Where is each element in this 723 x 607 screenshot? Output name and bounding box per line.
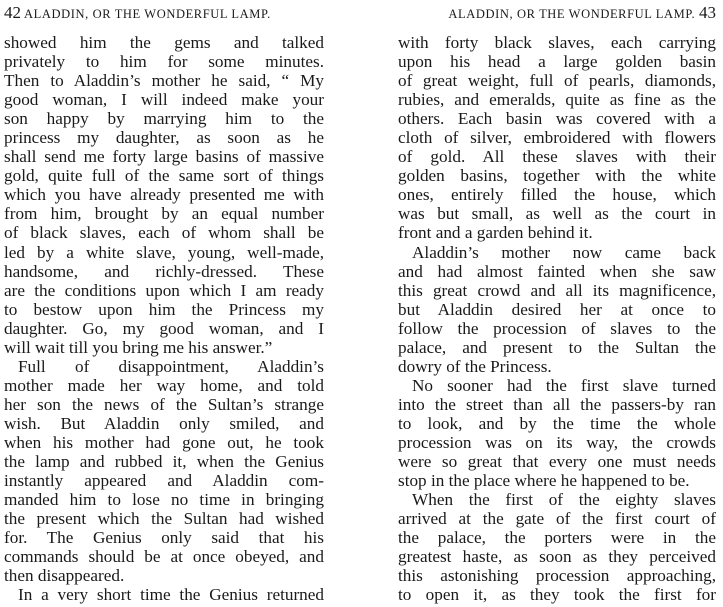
right-body-text: with forty black slaves, each carryingup… xyxy=(398,33,716,604)
text-line: then disappeared. xyxy=(4,566,324,585)
text-line: Aladdin’s mother now came back xyxy=(398,243,716,262)
text-line: manded him to lose no time in bringing xyxy=(4,490,324,509)
text-line: this astonishing procession approaching, xyxy=(398,566,716,585)
text-line: instantly appeared and Aladdin com- xyxy=(4,471,324,490)
right-page-number: 43 xyxy=(699,3,716,22)
text-line: Full of disappointment, Aladdin’s xyxy=(4,357,324,376)
text-line: commands should be at once obeyed, and xyxy=(4,547,324,566)
text-line: shall send me forty large basins of mass… xyxy=(4,147,324,166)
right-running-head: ALADDIN, OR THE WONDERFUL LAMP. 43 xyxy=(398,3,716,21)
text-line: to bestow upon him the Princess my xyxy=(4,300,324,319)
text-line: others. Each basin was covered with a xyxy=(398,109,716,128)
text-line: front and a garden behind it. xyxy=(398,223,716,242)
text-line: handsome, and richly-dressed. These xyxy=(4,262,324,281)
text-line: follow the procession of slaves to the xyxy=(398,319,716,338)
text-line: No sooner had the first slave turned xyxy=(398,376,716,395)
text-line: when his mother had gone out, he took xyxy=(4,433,324,452)
right-running-head-title: ALADDIN, OR THE WONDERFUL LAMP. xyxy=(448,7,695,21)
text-line: daughter. Go, my good woman, and I xyxy=(4,319,324,338)
left-page: 42 ALADDIN, OR THE WONDERFUL LAMP. showe… xyxy=(4,0,324,607)
text-line: from him, brought by an equal number xyxy=(4,204,324,223)
text-line: the lamp and rubbed it, when the Genius xyxy=(4,452,324,471)
text-line: this great crowd and all its magnificenc… xyxy=(398,281,716,300)
text-line: but Aladdin desired her at once to xyxy=(398,300,716,319)
text-line: In a very short time the Genius returned xyxy=(4,585,324,604)
text-line: son happy by marrying him to the xyxy=(4,109,324,128)
text-line: which you have already presented me with xyxy=(4,185,324,204)
text-line: upon his head a large golden basin xyxy=(398,52,716,71)
text-line: dowry of the Princess. xyxy=(398,357,716,376)
text-line: rubies, and emeralds, quite as fine as t… xyxy=(398,90,716,109)
text-line: were so great that every one must needs xyxy=(398,452,716,471)
text-line: and had almost fainted when she saw xyxy=(398,262,716,281)
text-line: privately to him for some minutes. xyxy=(4,52,324,71)
right-page: ALADDIN, OR THE WONDERFUL LAMP. 43 with … xyxy=(398,0,716,607)
left-page-number: 42 xyxy=(4,3,21,22)
text-line: showed him the gems and talked xyxy=(4,33,324,52)
text-line: with forty black slaves, each carrying xyxy=(398,33,716,52)
left-running-head-title: ALADDIN, OR THE WONDERFUL LAMP. xyxy=(24,7,271,21)
text-line: cloth of silver, embroidered with flower… xyxy=(398,128,716,147)
text-line: of black slaves, each of whom shall be xyxy=(4,223,324,242)
text-line: greatest haste, as soon as they perceive… xyxy=(398,547,716,566)
text-line: gold, quite full of the same sort of thi… xyxy=(4,166,324,185)
text-line: procession was on its way, the crowds xyxy=(398,433,716,452)
left-running-head: 42 ALADDIN, OR THE WONDERFUL LAMP. xyxy=(4,3,324,21)
text-line: for. The Genius only said that his xyxy=(4,528,324,547)
text-line: the present which the Sultan had wished xyxy=(4,509,324,528)
text-line: her son the news of the Sultan’s strange xyxy=(4,395,324,414)
text-line: When the first of the eighty slaves xyxy=(398,490,716,509)
text-line: of great weight, full of pearls, diamond… xyxy=(398,71,716,90)
text-line: stop in the place where he happened to b… xyxy=(398,471,716,490)
text-line: ones, entirely filled the house, which xyxy=(398,185,716,204)
text-line: the palace, the porters were in the xyxy=(398,528,716,547)
text-line: of gold. All these slaves with their xyxy=(398,147,716,166)
text-line: princess my daughter, as soon as he xyxy=(4,128,324,147)
text-line: arrived at the gate of the first court o… xyxy=(398,509,716,528)
text-line: wish. But Aladdin only smiled, and xyxy=(4,414,324,433)
text-line: was but small, as well as the court in xyxy=(398,204,716,223)
text-line: Then to Aladdin’s mother he said, “ My xyxy=(4,71,324,90)
text-line: mother made her way home, and told xyxy=(4,376,324,395)
text-line: golden basins, together with the white xyxy=(398,166,716,185)
left-body-text: showed him the gems and talkedprivately … xyxy=(4,33,324,604)
text-line: palace, and present to the Sultan the xyxy=(398,338,716,357)
text-line: good woman, I will indeed make your xyxy=(4,90,324,109)
text-line: to open it, as they took the first for xyxy=(398,585,716,604)
text-line: to look, and by the time the whole xyxy=(398,414,716,433)
text-line: will wait till you bring me his answer.” xyxy=(4,338,324,357)
text-line: led by a white slave, young, well-made, xyxy=(4,243,324,262)
text-line: are the conditions upon which I am ready xyxy=(4,281,324,300)
text-line: into the street than all the passers-by … xyxy=(398,395,716,414)
